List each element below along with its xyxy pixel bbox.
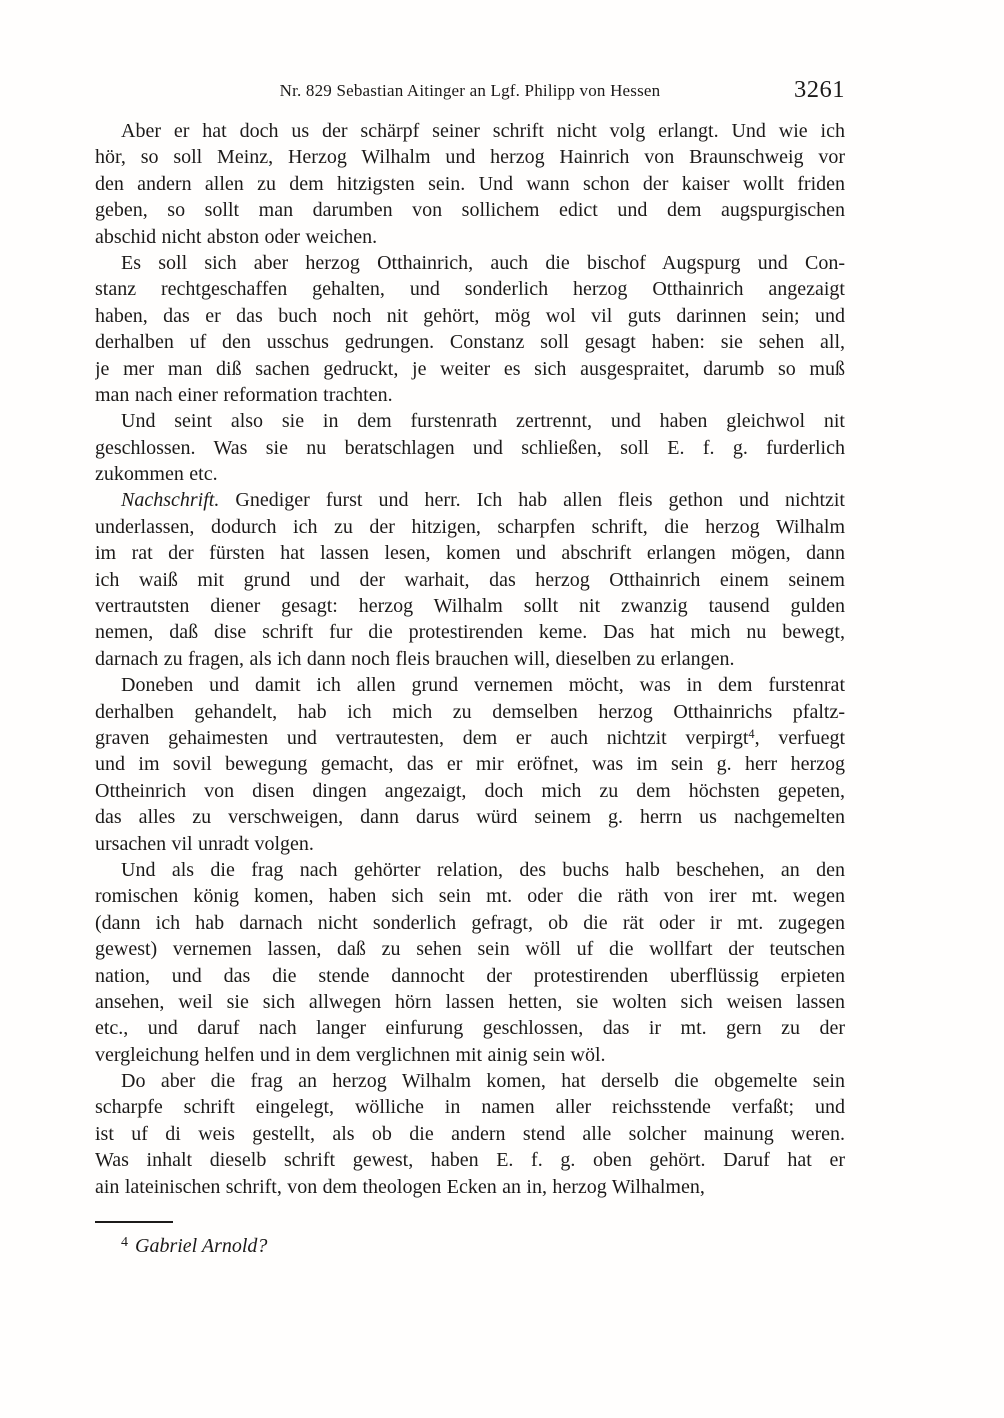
text-line: stanz rechtgeschaffen gehalten, und sond… <box>95 276 845 302</box>
text-line: den andern allen zu dem hitzigsten sein.… <box>95 171 845 197</box>
text-line: derhalben gehandelt, hab ich mich zu dem… <box>95 699 845 725</box>
text-line: ursachen vil unradt volgen. <box>95 831 845 857</box>
text-line: gewest) vernemen lassen, daß zu sehen se… <box>95 936 845 962</box>
text-line: Aber er hat doch us der schärpf seiner s… <box>95 118 845 144</box>
footnote-text: Gabriel Arnold? <box>135 1235 267 1257</box>
text-line: und im sovil bewegung gemacht, das er mi… <box>95 751 845 777</box>
text-line: ich waiß mit grund und der warhait, das … <box>95 567 845 593</box>
book-page: Nr. 829 Sebastian Aitinger an Lgf. Phili… <box>0 0 1004 1418</box>
running-title: Nr. 829 Sebastian Aitinger an Lgf. Phili… <box>95 81 845 101</box>
text-line: ist uf di weis gestellt, als ob die ande… <box>95 1121 845 1147</box>
page-header: Nr. 829 Sebastian Aitinger an Lgf. Phili… <box>95 76 845 106</box>
text-line: im rat der fürsten hat lassen lesen, kom… <box>95 540 845 566</box>
text-line: Und seint also sie in dem furstenrath ze… <box>95 408 845 434</box>
text-line: Und als die frag nach gehörter relation,… <box>95 857 845 883</box>
footnote: 4Gabriel Arnold? <box>95 1230 845 1259</box>
paragraph: Nachschrift. Gnediger furst und herr. Ic… <box>95 487 845 672</box>
text-line: Doneben und damit ich allen grund vernem… <box>95 672 845 698</box>
footnote-rule <box>95 1221 173 1223</box>
text-line: zukommen etc. <box>95 461 845 487</box>
text-line: ain lateinischen schrift, von dem theolo… <box>95 1174 845 1200</box>
text-line: nation, und das die stende dannocht der … <box>95 963 845 989</box>
paragraph: Es soll sich aber herzog Otthainrich, au… <box>95 250 845 408</box>
text-line: Do aber die frag an herzog Wilhalm komen… <box>95 1068 845 1094</box>
text-line: geschlossen. Was sie nu beratschlagen un… <box>95 435 845 461</box>
text-line: geben, so sollt man darumben von sollich… <box>95 197 845 223</box>
text-line: vergleichung helfen und in dem verglichn… <box>95 1042 845 1068</box>
paragraph: Do aber die frag an herzog Wilhalm komen… <box>95 1068 845 1200</box>
text-line: Was inhalt dieselb schrift gewest, haben… <box>95 1147 845 1173</box>
footnote-marker: 4 <box>121 1235 128 1250</box>
text-line: (dann ich hab darnach nicht sonderlich g… <box>95 910 845 936</box>
paragraph: Doneben und damit ich allen grund vernem… <box>95 672 845 857</box>
text-line: underlassen, dodurch ich zu der hitzigen… <box>95 514 845 540</box>
text-line: das alles zu verschweigen, dann darus wü… <box>95 804 845 830</box>
text-line: darnach zu fragen, als ich dann noch fle… <box>95 646 845 672</box>
paragraph: Und seint also sie in dem furstenrath ze… <box>95 408 845 487</box>
text-line: haben, das er das buch noch nit gehört, … <box>95 303 845 329</box>
text-line: romischen könig komen, haben sich sein m… <box>95 883 845 909</box>
letter-text: Aber er hat doch us der schärpf seiner s… <box>95 118 845 1200</box>
text-line: man nach einer reformation trachten. <box>95 382 845 408</box>
paragraph: Und als die frag nach gehörter relation,… <box>95 857 845 1068</box>
text-line: je mer man diß sachen gedruckt, je weite… <box>95 356 845 382</box>
text-line: graven gehaimesten und vertrautesten, de… <box>95 725 845 751</box>
text-line: Nachschrift. Gnediger furst und herr. Ic… <box>95 487 845 513</box>
text-line: Ottheinrich von disen dingen angezaigt, … <box>95 778 845 804</box>
text-line: scharpfe schrift eingelegt, wölliche in … <box>95 1094 845 1120</box>
text-line: abschid nicht abston oder weichen. <box>95 224 845 250</box>
text-line: Es soll sich aber herzog Otthainrich, au… <box>95 250 845 276</box>
text-line: ansehen, weil sie sich allwegen hörn las… <box>95 989 845 1015</box>
text-line: nemen, daß dise schrift fur die protesti… <box>95 619 845 645</box>
text-line: etc., und daruf nach langer einfurung ge… <box>95 1015 845 1041</box>
page-number: 3261 <box>782 76 845 104</box>
text-line: vertrautsten diener gesagt: herzog Wilha… <box>95 593 845 619</box>
paragraph: Aber er hat doch us der schärpf seiner s… <box>95 118 845 250</box>
text-line: hör, so soll Meinz, Herzog Wilhalm und h… <box>95 144 845 170</box>
text-line: derhalben uf den usschus gedrungen. Cons… <box>95 329 845 355</box>
